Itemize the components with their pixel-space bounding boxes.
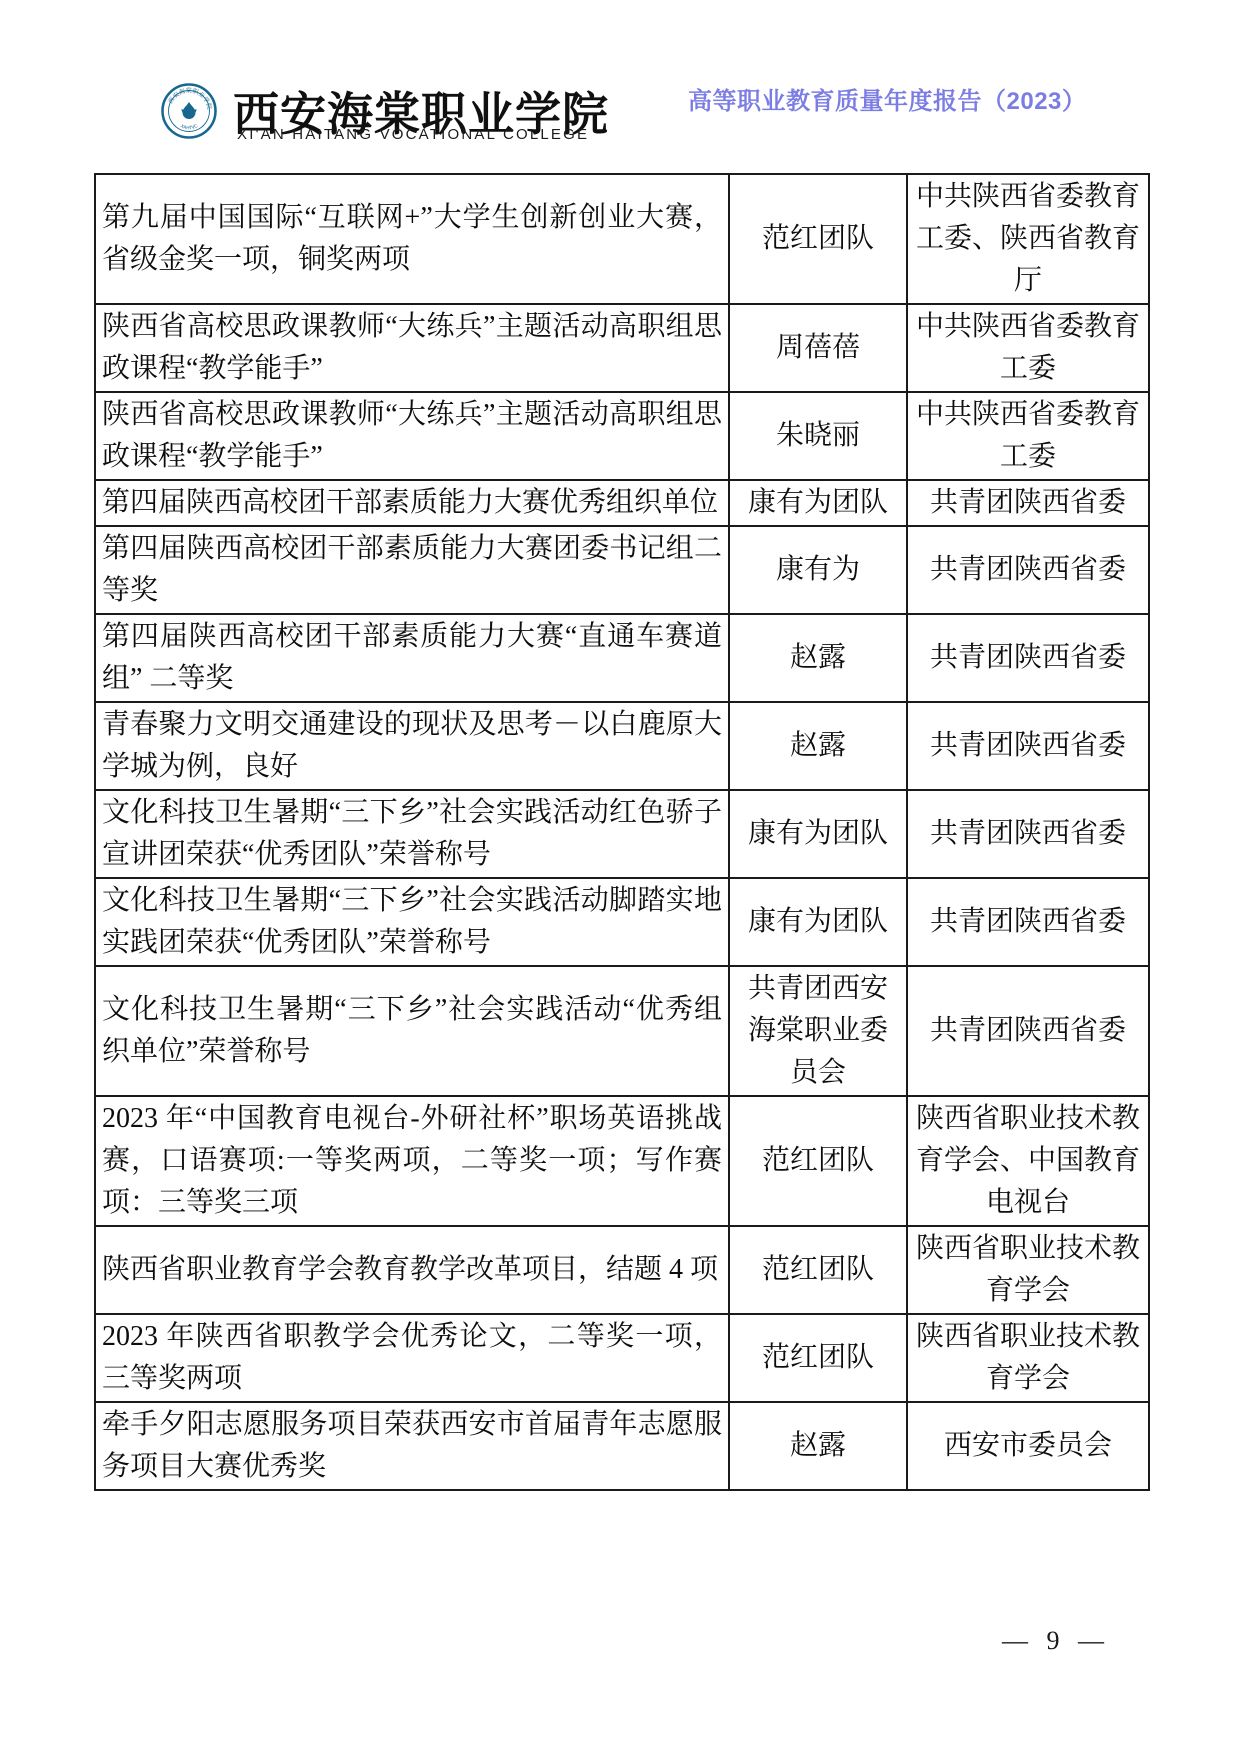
table-row: 文化科技卫生暑期“三下乡”社会实践活动脚踏实地实践团荣获“优秀团队”荣誉称号 康…	[95, 878, 1149, 966]
achievement-cell: 陕西省职业教育学会教育教学改革项目，结题 4 项	[95, 1226, 729, 1314]
table-row: 陕西省高校思政课教师“大练兵”主题活动高职组思政课程“教学能手” 朱晓丽 中共陕…	[95, 392, 1149, 480]
recipient-cell: 康有为团队	[729, 480, 907, 526]
achievement-cell: 第四届陕西高校团干部素质能力大赛优秀组织单位	[95, 480, 729, 526]
achievement-cell: 文化科技卫生暑期“三下乡”社会实践活动红色骄子宣讲团荣获“优秀团队”荣誉称号	[95, 790, 729, 878]
table-row: 第四届陕西高校团干部素质能力大赛团委书记组二等奖 康有为 共青团陕西省委	[95, 526, 1149, 614]
authority-cell: 陕西省职业技术教育学会	[907, 1226, 1149, 1314]
recipient-cell: 共青团西安海棠职业委员会	[729, 966, 907, 1096]
authority-cell: 西安市委员会	[907, 1402, 1149, 1490]
authority-cell: 共青团陕西省委	[907, 790, 1149, 878]
recipient-cell: 范红团队	[729, 174, 907, 304]
table-row: 第四届陕西高校团干部素质能力大赛优秀组织单位 康有为团队 共青团陕西省委	[95, 480, 1149, 526]
achievement-cell: 青春聚力文明交通建设的现状及思考－以白鹿原大学城为例，良好	[95, 702, 729, 790]
recipient-cell: 赵露	[729, 702, 907, 790]
recipient-cell: 赵露	[729, 1402, 907, 1490]
achievement-cell: 文化科技卫生暑期“三下乡”社会实践活动“优秀组织单位”荣誉称号	[95, 966, 729, 1096]
recipient-cell: 康有为团队	[729, 790, 907, 878]
college-name-en: XI'AN HAITANG VOCATIONAL COLLEGE	[237, 126, 589, 143]
awards-table: 第九届中国国际“互联网+”大学生创新创业大赛，省级金奖一项，铜奖两项 范红团队 …	[94, 173, 1150, 1491]
achievement-cell: 2023 年陕西省职教学会优秀论文，二等奖一项，三等奖两项	[95, 1314, 729, 1402]
authority-cell: 陕西省职业技术教育学会	[907, 1314, 1149, 1402]
recipient-cell: 康有为	[729, 526, 907, 614]
recipient-cell: 康有为团队	[729, 878, 907, 966]
authority-cell: 中共陕西省委教育工委	[907, 304, 1149, 392]
authority-cell: 共青团陕西省委	[907, 966, 1149, 1096]
authority-cell: 共青团陕西省委	[907, 614, 1149, 702]
report-title: 高等职业教育质量年度报告（2023）	[688, 81, 1086, 116]
table-row: 第四届陕西高校团干部素质能力大赛“直通车赛道组” 二等奖 赵露 共青团陕西省委	[95, 614, 1149, 702]
table-row: 牵手夕阳志愿服务项目荣获西安市首届青年志愿服务项目大赛优秀奖 赵露 西安市委员会	[95, 1402, 1149, 1490]
recipient-cell: 周蓓蓓	[729, 304, 907, 392]
achievement-cell: 第九届中国国际“互联网+”大学生创新创业大赛，省级金奖一项，铜奖两项	[95, 174, 729, 304]
achievement-cell: 第四届陕西高校团干部素质能力大赛“直通车赛道组” 二等奖	[95, 614, 729, 702]
achievement-cell: 第四届陕西高校团干部素质能力大赛团委书记组二等奖	[95, 526, 729, 614]
achievement-cell: 2023 年“中国教育电视台-外研社杯”职场英语挑战赛，口语赛项:一等奖两项，二…	[95, 1096, 729, 1226]
table-row: 文化科技卫生暑期“三下乡”社会实践活动红色骄子宣讲团荣获“优秀团队”荣誉称号 康…	[95, 790, 1149, 878]
page-number: — 9 —	[1002, 1626, 1105, 1656]
authority-cell: 共青团陕西省委	[907, 878, 1149, 966]
authority-cell: 陕西省职业技术教育学会、中国教育电视台	[907, 1096, 1149, 1226]
recipient-cell: 范红团队	[729, 1314, 907, 1402]
achievement-cell: 牵手夕阳志愿服务项目荣获西安市首届青年志愿服务项目大赛优秀奖	[95, 1402, 729, 1490]
recipient-cell: 范红团队	[729, 1226, 907, 1314]
table-row: 陕西省高校思政课教师“大练兵”主题活动高职组思政课程“教学能手” 周蓓蓓 中共陕…	[95, 304, 1149, 392]
authority-cell: 中共陕西省委教育工委、陕西省教育厅	[907, 174, 1149, 304]
authority-cell: 共青团陕西省委	[907, 480, 1149, 526]
achievement-cell: 陕西省高校思政课教师“大练兵”主题活动高职组思政课程“教学能手”	[95, 392, 729, 480]
recipient-cell: 赵露	[729, 614, 907, 702]
authority-cell: 共青团陕西省委	[907, 702, 1149, 790]
authority-cell: 共青团陕西省委	[907, 526, 1149, 614]
document-page: 西安海棠职业学院 XAHTVC 西安海棠职业学院 XI'AN HAITANG V…	[0, 0, 1240, 1754]
table-row: 2023 年“中国教育电视台-外研社杯”职场英语挑战赛，口语赛项:一等奖两项，二…	[95, 1096, 1149, 1226]
recipient-cell: 朱晓丽	[729, 392, 907, 480]
achievement-cell: 文化科技卫生暑期“三下乡”社会实践活动脚踏实地实践团荣获“优秀团队”荣誉称号	[95, 878, 729, 966]
achievement-cell: 陕西省高校思政课教师“大练兵”主题活动高职组思政课程“教学能手”	[95, 304, 729, 392]
recipient-cell: 范红团队	[729, 1096, 907, 1226]
college-seal-icon: 西安海棠职业学院 XAHTVC	[160, 82, 218, 140]
table-row: 第九届中国国际“互联网+”大学生创新创业大赛，省级金奖一项，铜奖两项 范红团队 …	[95, 174, 1149, 304]
table-row: 陕西省职业教育学会教育教学改革项目，结题 4 项 范红团队 陕西省职业技术教育学…	[95, 1226, 1149, 1314]
college-logo: 西安海棠职业学院 XAHTVC	[160, 82, 218, 140]
table-row: 文化科技卫生暑期“三下乡”社会实践活动“优秀组织单位”荣誉称号 共青团西安海棠职…	[95, 966, 1149, 1096]
authority-cell: 中共陕西省委教育工委	[907, 392, 1149, 480]
table-row: 青春聚力文明交通建设的现状及思考－以白鹿原大学城为例，良好 赵露 共青团陕西省委	[95, 702, 1149, 790]
table-row: 2023 年陕西省职教学会优秀论文，二等奖一项，三等奖两项 范红团队 陕西省职业…	[95, 1314, 1149, 1402]
